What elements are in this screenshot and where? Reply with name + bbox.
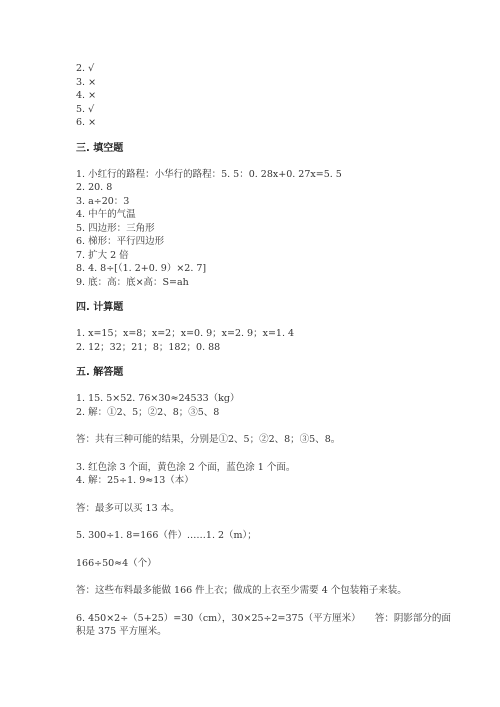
judgement-answers: 2. √ 3. × 4. × 5. √ 6. × <box>76 62 456 130</box>
answer-item: 6. 450×2÷（5+25）=30（cm），30×25÷2=375（平方厘米）… <box>76 612 456 639</box>
answer-item: 5. 四边形：三角形 <box>76 222 456 236</box>
answer-item: 1. x=15；x=8；x=2；x=0. 9；x=2. 9；x=1. 4 <box>76 327 456 341</box>
answer-item: 2. 20. 8 <box>76 181 456 195</box>
answer-item: 3. a÷20：3 <box>76 195 456 209</box>
answer-item: 6. × <box>76 116 456 130</box>
answer-item: 4. 解：25÷1. 9≈13（本） <box>76 474 456 488</box>
section-heading-fill-blank: 三. 填空题 <box>76 142 456 156</box>
answer-item: 166÷50≈4（个） <box>76 557 456 571</box>
section-heading-problem-solving: 五. 解答题 <box>76 366 456 380</box>
answer-item: 1. 15. 5×52. 76×30≈24533（kg） <box>76 392 456 406</box>
fill-blank-answers: 1. 小红行的路程：小华行的路程：5. 5：0. 28x+0. 27x=5. 5… <box>76 168 456 290</box>
answer-item: 8. 4. 8÷[（1. 2+0. 9）×2. 7] <box>76 262 456 276</box>
answer-item: 5. √ <box>76 103 456 117</box>
answer-conclusion: 答：共有三种可能的结果，分别是①2、5；②2、8；③5、8。 <box>76 433 456 447</box>
answer-item: 4. × <box>76 89 456 103</box>
answer-item: 9. 底：高：底×高：S=ah <box>76 276 456 290</box>
answer-item: 2. 12；32；21；8；182；0. 88 <box>76 341 456 355</box>
answer-item: 3. 红色涂 3 个面，黄色涂 2 个面，蓝色涂 1 个面。 <box>76 461 456 475</box>
answer-item: 3. × <box>76 76 456 90</box>
answer-item: 2. √ <box>76 62 456 76</box>
section-heading-calculation: 四. 计算题 <box>76 301 456 315</box>
answer-item: 7. 扩大 2 倍 <box>76 249 456 263</box>
answer-conclusion: 答：最多可以买 13 本。 <box>76 502 456 516</box>
problem-solving-answers: 1. 15. 5×52. 76×30≈24533（kg） 2. 解：①2、5；②… <box>76 392 456 639</box>
calculation-answers: 1. x=15；x=8；x=2；x=0. 9；x=2. 9；x=1. 4 2. … <box>76 327 456 354</box>
answer-item: 1. 小红行的路程：小华行的路程：5. 5：0. 28x+0. 27x=5. 5 <box>76 168 456 182</box>
answer-item: 4. 中午的气温 <box>76 208 456 222</box>
answer-item: 5. 300÷1. 8=166（件）……1. 2（m）； <box>76 529 456 543</box>
answer-item: 2. 解：①2、5；②2、8；③5、8 <box>76 406 456 420</box>
answer-conclusion: 答：这些布料最多能做 166 件上衣；做成的上衣至少需要 4 个包装箱子来装。 <box>76 584 456 598</box>
answer-sheet: 2. √ 3. × 4. × 5. √ 6. × 三. 填空题 1. 小红行的路… <box>76 62 456 639</box>
answer-item: 6. 梯形：平行四边形 <box>76 235 456 249</box>
